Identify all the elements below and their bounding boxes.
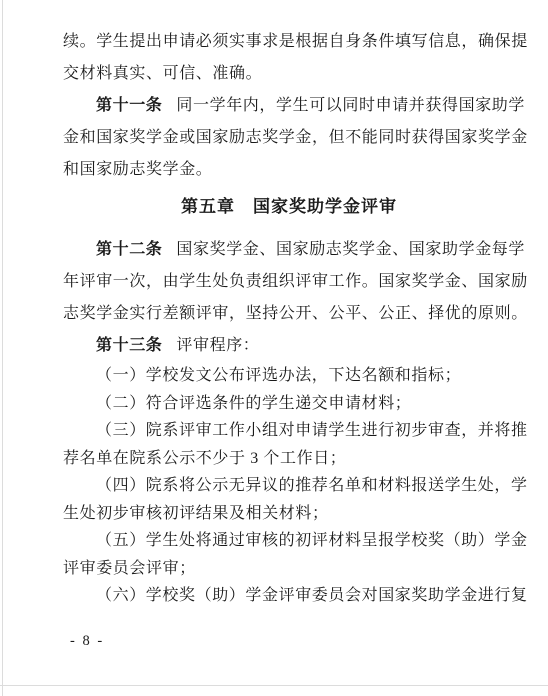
- list-item-line: （五）学生处将通过审核的初评材料呈报学校奖（助）学金: [63, 527, 515, 555]
- body-line: 志奖学金实行差额评审，坚持公开、公平、公正、择优的原则。: [63, 298, 515, 330]
- chapter-heading: 第五章 国家奖助学金评审: [63, 192, 515, 222]
- page-left-edge: [2, 0, 3, 696]
- procedure-item-5: （五）学生处将通过审核的初评材料呈报学校奖（助）学金 评审委员会评审；: [63, 527, 515, 582]
- list-item-line: 荐名单在院系公示不少于 3 个工作日；: [63, 445, 515, 473]
- article-12-number: 第十二条: [96, 241, 162, 258]
- page-content: 续。学生提出申请必须实事求是根据自身条件填写信息，确保提 交材料真实、可信、准确…: [63, 26, 515, 610]
- body-line: 第十一条同一学年内，学生可以同时申请并获得国家助学: [63, 90, 515, 122]
- list-item-line: （三）院系评审工作小组对申请学生进行初步审查，并将推: [63, 417, 515, 445]
- body-text: 国家奖学金、国家励志奖学金、国家助学金每学: [176, 241, 525, 258]
- procedure-item-2: （二）符合评选条件的学生递交申请材料；: [63, 390, 515, 418]
- procedure-item-1: （一）学校发文公布评选办法，下达名额和指标；: [63, 362, 515, 390]
- page-bottom-edge: [0, 685, 548, 686]
- article-13-number: 第十三条: [96, 337, 162, 354]
- list-item-line: （二）符合评选条件的学生递交申请材料；: [63, 390, 515, 418]
- body-text: 同一学年内，学生可以同时申请并获得国家助学: [176, 97, 525, 114]
- paragraph-continuation: 续。学生提出申请必须实事求是根据自身条件填写信息，确保提 交材料真实、可信、准确…: [63, 26, 515, 90]
- list-item-line: （六）学校奖（助）学金评审委员会对国家奖助学金进行复: [63, 582, 515, 610]
- body-line: 交材料真实、可信、准确。: [63, 58, 515, 90]
- body-text: 评审程序：: [176, 337, 259, 354]
- article-11-number: 第十一条: [96, 97, 162, 114]
- document-page: 续。学生提出申请必须实事求是根据自身条件填写信息，确保提 交材料真实、可信、准确…: [0, 0, 548, 696]
- list-item-line: 评审委员会评审；: [63, 555, 515, 583]
- body-line: 第十三条评审程序：: [63, 330, 515, 362]
- procedure-item-6: （六）学校奖（助）学金评审委员会对国家奖助学金进行复: [63, 582, 515, 610]
- body-line: 续。学生提出申请必须实事求是根据自身条件填写信息，确保提: [63, 26, 515, 58]
- page-number: - 8 -: [70, 633, 104, 650]
- body-line: 和国家励志奖学金。: [63, 154, 515, 186]
- procedure-item-4: （四）院系将公示无异议的推荐名单和材料报送学生处，学 生处初步审核初评结果及相关…: [63, 472, 515, 527]
- body-line: 年评审一次，由学生处负责组织评审工作。国家奖学金、国家励: [63, 266, 515, 298]
- list-item-line: （四）院系将公示无异议的推荐名单和材料报送学生处，学: [63, 472, 515, 500]
- procedure-item-3: （三）院系评审工作小组对申请学生进行初步审查，并将推 荐名单在院系公示不少于 3…: [63, 417, 515, 472]
- body-line: 金和国家奖学金或国家励志奖学金，但不能同时获得国家奖学金: [63, 122, 515, 154]
- body-line: 第十二条国家奖学金、国家励志奖学金、国家助学金每学: [63, 234, 515, 266]
- article-12-paragraph: 第十二条国家奖学金、国家励志奖学金、国家助学金每学 年评审一次，由学生处负责组织…: [63, 234, 515, 330]
- list-item-line: （一）学校发文公布评选办法，下达名额和指标；: [63, 362, 515, 390]
- list-item-line: 生处初步审核初评结果及相关材料；: [63, 500, 515, 528]
- article-11-paragraph: 第十一条同一学年内，学生可以同时申请并获得国家助学 金和国家奖学金或国家励志奖学…: [63, 90, 515, 186]
- article-13-paragraph: 第十三条评审程序：: [63, 330, 515, 362]
